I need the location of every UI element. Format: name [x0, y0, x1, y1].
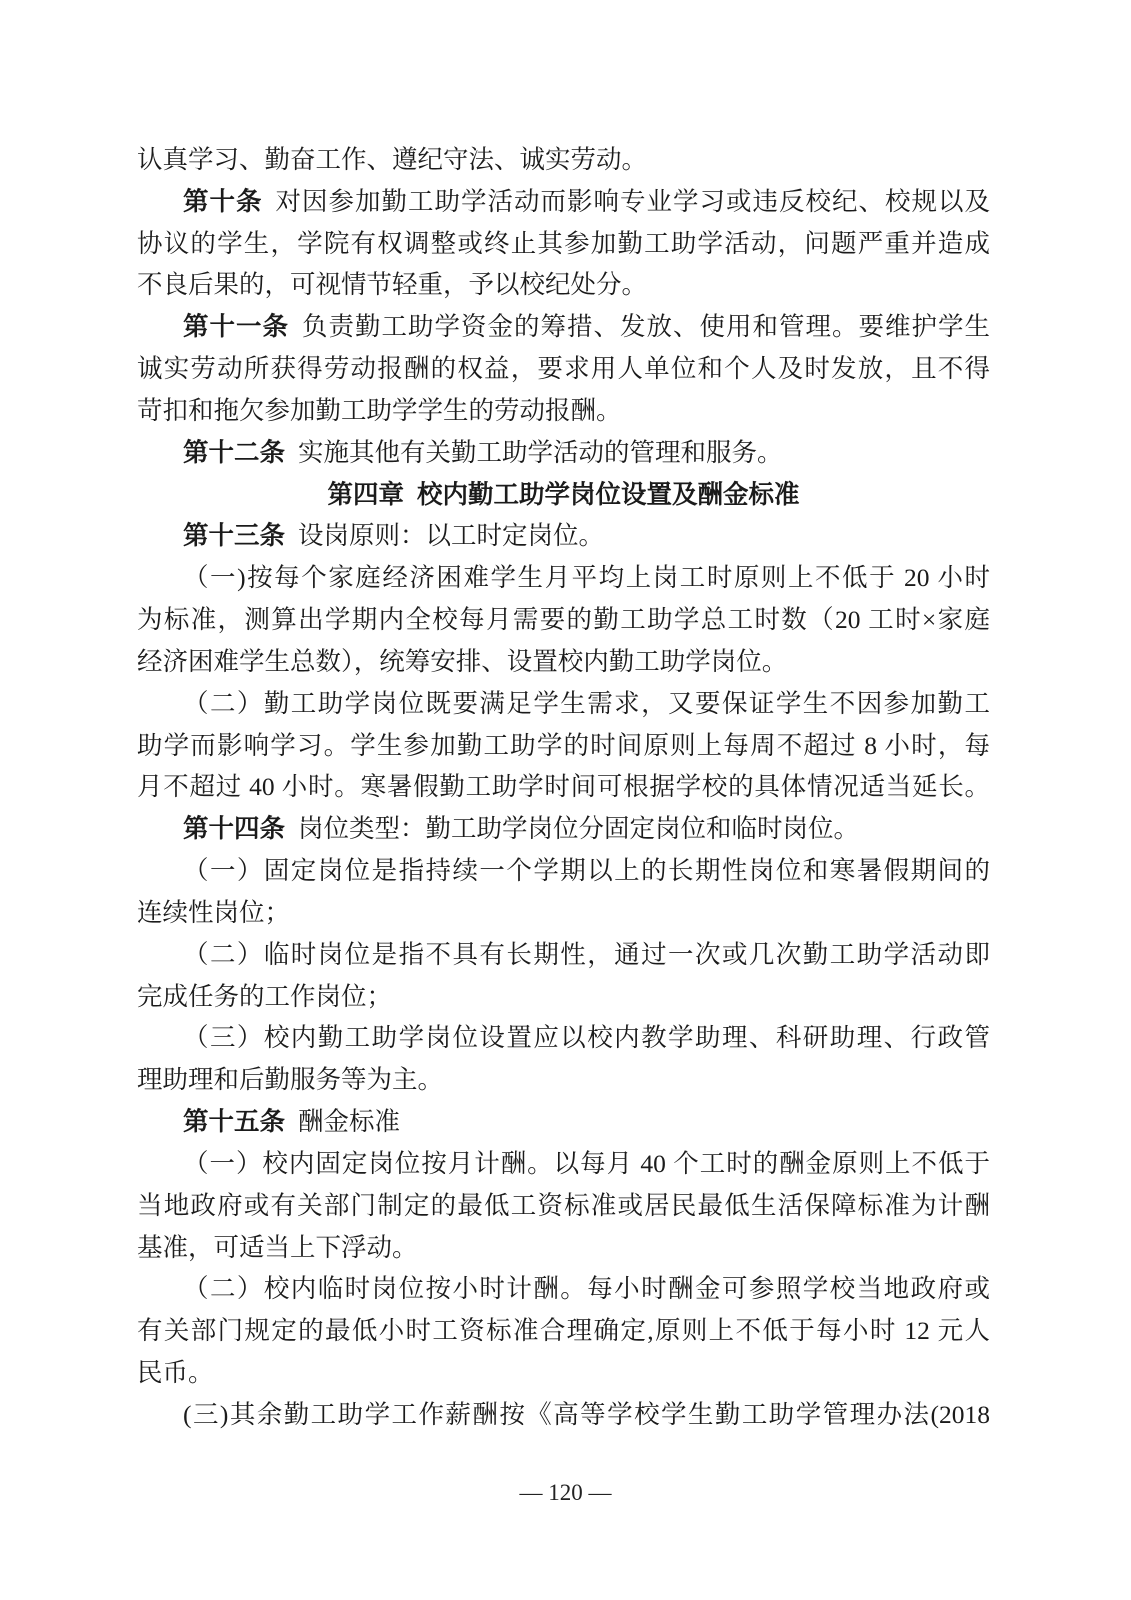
paragraph-line: 有关部门规定的最低小时工资标准合理确定,原则上不低于每小时 12 元人	[137, 1310, 990, 1352]
paragraph-line: （一）校内固定岗位按月计酬。以每月 40 个工时的酬金原则上不低于	[137, 1143, 990, 1185]
paragraph-line: 完成任务的工作岗位；	[137, 976, 990, 1018]
line-text: （三）校内勤工助学岗位设置应以校内教学助理、科研助理、行政管	[183, 1023, 990, 1052]
paragraph-line: 民币。	[137, 1352, 990, 1394]
line-text: 连续性岗位；	[137, 898, 290, 927]
chapter-heading: 第四章校内勤工助学岗位设置及酬金标准	[137, 474, 990, 516]
paragraph-line: 第十条对因参加勤工助学活动而影响专业学习或违反校纪、校规以及	[137, 181, 990, 223]
article-label: 第十四条	[183, 814, 285, 843]
line-text: 酬金标准	[298, 1107, 400, 1136]
line-text: 为标准，测算出学期内全校每月需要的勤工助学总工时数（20 工时×家庭	[137, 605, 990, 634]
paragraph-line: （一)按每个家庭经济困难学生月平均上岗工时原则上不低于 20 小时	[137, 557, 990, 599]
paragraph-line: 当地政府或有关部门制定的最低工资标准或居民最低生活保障标准为计酬	[137, 1185, 990, 1227]
paragraph-line: （二）临时岗位是指不具有长期性，通过一次或几次勤工助学活动即	[137, 934, 990, 976]
article-label: 第十二条	[183, 438, 285, 467]
line-text: 诚实劳动所获得劳动报酬的权益，要求用人单位和个人及时发放，且不得	[137, 354, 990, 383]
paragraph-line: 助学而影响学习。学生参加勤工助学的时间原则上每周不超过 8 小时，每	[137, 725, 990, 767]
line-text: 设岗原则：以工时定岗位。	[298, 521, 604, 550]
article-label: 第十三条	[183, 521, 285, 550]
line-text: (三)其余勤工助学工作薪酬按《高等学校学生勤工助学管理办法(2018	[183, 1400, 990, 1429]
paragraph-line: （三）校内勤工助学岗位设置应以校内教学助理、科研助理、行政管	[137, 1017, 990, 1059]
line-text: （二）勤工助学岗位既要满足学生需求，又要保证学生不因参加勤工	[183, 689, 990, 718]
article-label: 第十五条	[183, 1107, 285, 1136]
chapter-label: 第四章	[327, 480, 404, 509]
paragraph-line: (三)其余勤工助学工作薪酬按《高等学校学生勤工助学管理办法(2018	[137, 1394, 990, 1436]
paragraph-line: 第十三条设岗原则：以工时定岗位。	[137, 515, 990, 557]
line-text: 不良后果的，可视情节轻重，予以校纪处分。	[137, 270, 647, 299]
line-text: 认真学习、勤奋工作、遵纪守法、诚实劳动。	[137, 145, 647, 174]
line-text: 岗位类型：勤工助学岗位分固定岗位和临时岗位。	[298, 814, 859, 843]
article-label: 第十一条	[183, 312, 289, 341]
line-text: 负责勤工助学资金的筹措、发放、使用和管理。要维护学生	[302, 312, 990, 341]
line-text: 完成任务的工作岗位；	[137, 982, 392, 1011]
line-text: （一）固定岗位是指持续一个学期以上的长期性岗位和寒暑假期间的	[183, 856, 990, 885]
line-text: 有关部门规定的最低小时工资标准合理确定,原则上不低于每小时 12 元人	[137, 1316, 990, 1345]
line-text: 协议的学生，学院有权调整或终止其参加勤工助学活动，问题严重并造成	[137, 229, 990, 258]
article-label: 第十条	[183, 187, 263, 216]
paragraph-line: 第十二条实施其他有关勤工助学活动的管理和服务。	[137, 432, 990, 474]
paragraph-line: 认真学习、勤奋工作、遵纪守法、诚实劳动。	[137, 139, 990, 181]
paragraph-line: 第十一条负责勤工助学资金的筹措、发放、使用和管理。要维护学生	[137, 306, 990, 348]
chapter-title: 校内勤工助学岗位设置及酬金标准	[417, 480, 800, 509]
paragraph-line: 连续性岗位；	[137, 892, 990, 934]
line-text: （二）临时岗位是指不具有长期性，通过一次或几次勤工助学活动即	[183, 940, 990, 969]
paragraph-line: 不良后果的，可视情节轻重，予以校纪处分。	[137, 264, 990, 306]
paragraph-line: 苛扣和拖欠参加勤工助学学生的劳动报酬。	[137, 390, 990, 432]
paragraph-line: 第十四条岗位类型：勤工助学岗位分固定岗位和临时岗位。	[137, 808, 990, 850]
line-text: 月不超过 40 小时。寒暑假勤工助学时间可根据学校的具体情况适当延长。	[137, 772, 990, 801]
page-number: — 120 —	[0, 1478, 1131, 1508]
line-text: 对因参加勤工助学活动而影响专业学习或违反校纪、校规以及	[276, 187, 990, 216]
paragraph-line: （一）固定岗位是指持续一个学期以上的长期性岗位和寒暑假期间的	[137, 850, 990, 892]
line-text: 助学而影响学习。学生参加勤工助学的时间原则上每周不超过 8 小时，每	[137, 731, 990, 760]
paragraph-line: 诚实劳动所获得劳动报酬的权益，要求用人单位和个人及时发放，且不得	[137, 348, 990, 390]
text-content: 认真学习、勤奋工作、遵纪守法、诚实劳动。 第十条对因参加勤工助学活动而影响专业学…	[137, 139, 990, 1436]
line-text: 理助理和后勤服务等为主。	[137, 1065, 443, 1094]
paragraph-line: 基准，可适当上下浮动。	[137, 1227, 990, 1269]
line-text: 苛扣和拖欠参加勤工助学学生的劳动报酬。	[137, 396, 622, 425]
document-page: 认真学习、勤奋工作、遵纪守法、诚实劳动。 第十条对因参加勤工助学活动而影响专业学…	[0, 0, 1131, 1600]
line-text: （一)按每个家庭经济困难学生月平均上岗工时原则上不低于 20 小时	[183, 563, 990, 592]
line-text: 民币。	[137, 1358, 214, 1387]
paragraph-line: 第十五条酬金标准	[137, 1101, 990, 1143]
paragraph-line: 月不超过 40 小时。寒暑假勤工助学时间可根据学校的具体情况适当延长。	[137, 766, 990, 808]
line-text: 实施其他有关勤工助学活动的管理和服务。	[298, 438, 783, 467]
paragraph-line: 为标准，测算出学期内全校每月需要的勤工助学总工时数（20 工时×家庭	[137, 599, 990, 641]
line-text: （一）校内固定岗位按月计酬。以每月 40 个工时的酬金原则上不低于	[183, 1149, 990, 1178]
paragraph-line: （二）勤工助学岗位既要满足学生需求，又要保证学生不因参加勤工	[137, 683, 990, 725]
line-text: 经济困难学生总数），统筹安排、设置校内勤工助学岗位。	[137, 647, 787, 676]
line-text: 基准，可适当上下浮动。	[137, 1233, 418, 1262]
paragraph-line: 协议的学生，学院有权调整或终止其参加勤工助学活动，问题严重并造成	[137, 223, 990, 265]
paragraph-line: 理助理和后勤服务等为主。	[137, 1059, 990, 1101]
line-text: （二）校内临时岗位按小时计酬。每小时酬金可参照学校当地政府或	[183, 1274, 990, 1303]
paragraph-line: 经济困难学生总数），统筹安排、设置校内勤工助学岗位。	[137, 641, 990, 683]
paragraph-line: （二）校内临时岗位按小时计酬。每小时酬金可参照学校当地政府或	[137, 1268, 990, 1310]
line-text: 当地政府或有关部门制定的最低工资标准或居民最低生活保障标准为计酬	[137, 1191, 990, 1220]
